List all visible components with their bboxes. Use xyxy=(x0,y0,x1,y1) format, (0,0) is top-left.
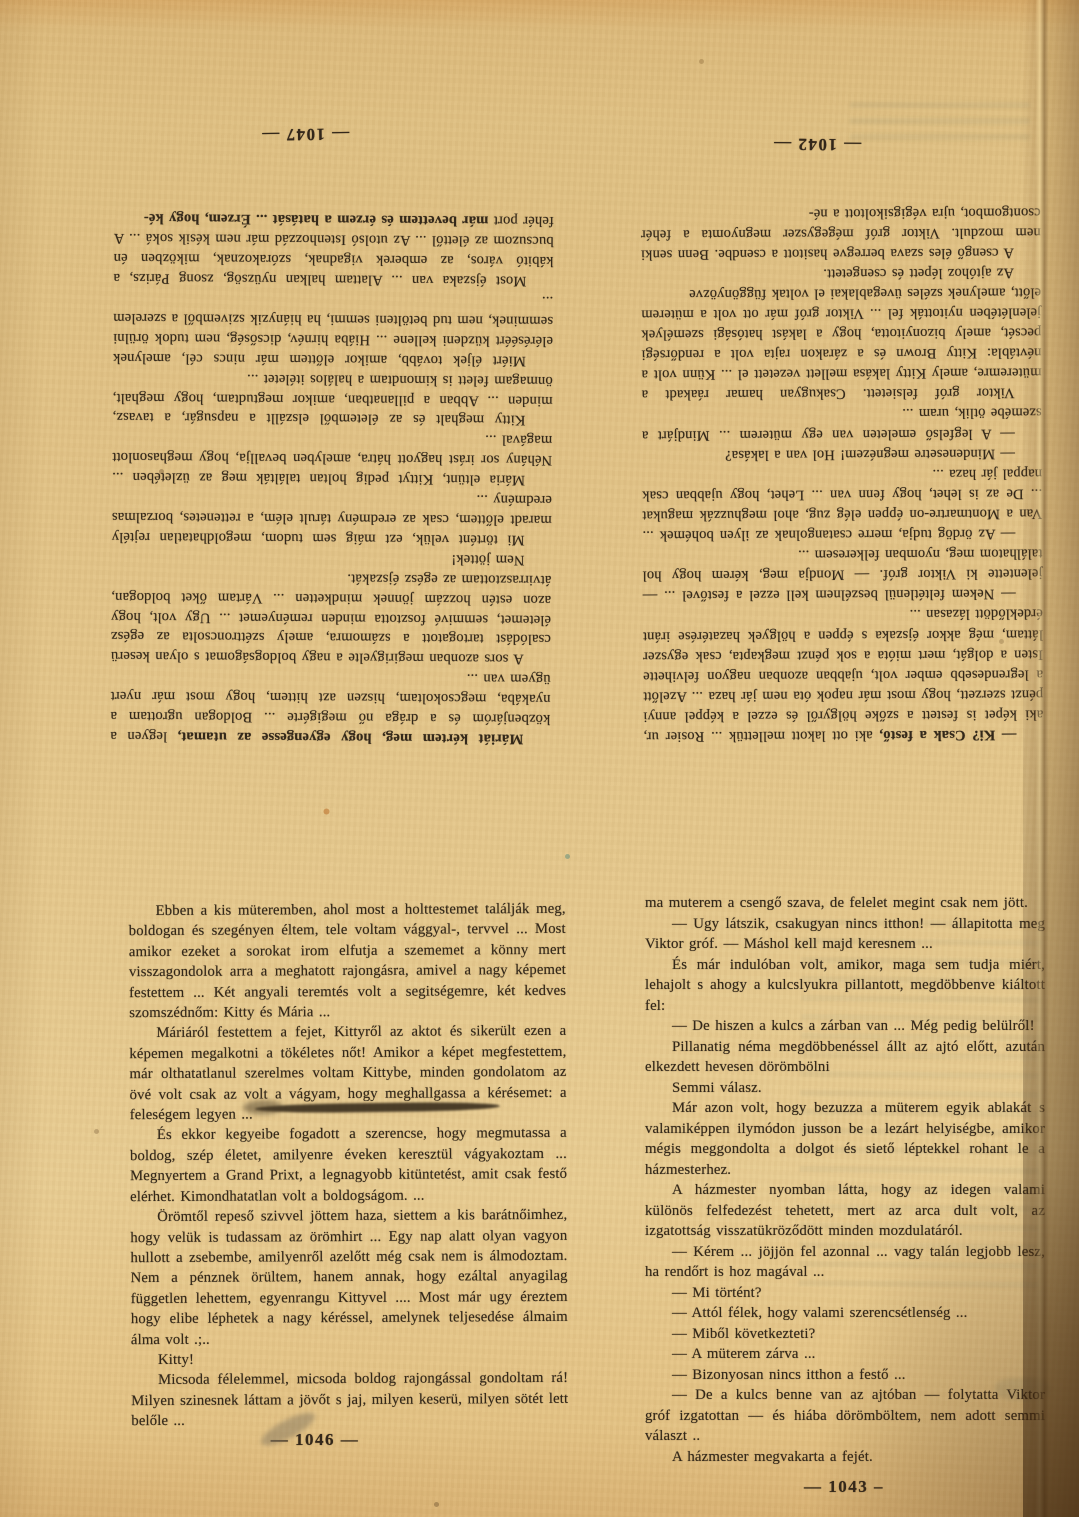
paragraph: Micsoda félelemmel, micsoda boldog rajon… xyxy=(131,1368,568,1432)
paragraph: — Mindenesetre megnézem! Hol van a lakás… xyxy=(642,444,1042,466)
paragraph: Nem jöttek! xyxy=(111,545,551,568)
page-1043-text-column: ma muterem a csengő szava, de felelet me… xyxy=(645,893,1045,1467)
body-text: aki ott lakott mellettük ... Rosier ur, … xyxy=(643,606,1043,745)
page-1046-text-column: Ebben a kis müteremben, ahol most a holt… xyxy=(129,899,569,1432)
bold-text: — Ki? Csak a festő, xyxy=(879,727,1016,744)
page-1047-text-column: Máriát kértem meg, hogy egyengesse az ut… xyxy=(110,207,554,748)
paragraph: — Kérem ... jöjjön fel azonnal ... vagy … xyxy=(645,1242,1045,1283)
paper-specks xyxy=(0,0,3,3)
paragraph: A sors azonban megirigyelte a nagy boldo… xyxy=(111,565,552,668)
paragraph: Mária eltünt, Kittyt pedig holtan talált… xyxy=(112,426,552,489)
paragraph: — De a kulcs benne van az ajtóban — foly… xyxy=(645,1385,1045,1447)
paragraph: — A legfelső emeleten van egy müterem ..… xyxy=(642,403,1042,445)
page-number-1043: — 1043 – xyxy=(779,1477,909,1497)
bleed-through-artifact xyxy=(850,95,1030,140)
paragraph: — Mi történt? xyxy=(645,1283,1045,1304)
paragraph: — A müterem zárva ... xyxy=(645,1344,1045,1365)
paragraph: — Ki? Csak a festő, aki ott lakott melle… xyxy=(643,604,1044,747)
paragraph: És már indulóban volt, amikor, maga sem … xyxy=(645,955,1045,1017)
paragraph: — Nekem feltétlenül beszélnem kell ezzel… xyxy=(642,544,1042,606)
paragraph: Viktor gróf felsietett. Csakugyan hamar … xyxy=(641,283,1042,406)
paragraph: Miért éljek tovább, amikor előttem már n… xyxy=(113,287,554,370)
paragraph: Az ajtóhoz lépett és csengetett. xyxy=(641,263,1041,285)
page-number-1042: — 1042 — xyxy=(752,133,882,154)
paragraph: ma muterem a csengő szava, de felelet me… xyxy=(645,893,1045,914)
scanned-magazine-page: — 1047 — Máriát kértem meg, hogy egyenge… xyxy=(0,0,1079,1517)
paragraph: A házmester nyomban látta, hogy az idege… xyxy=(645,1180,1045,1242)
bold-text: Máriát kértem meg, hogy egyengesse az ut… xyxy=(177,728,523,746)
paragraph: Pillanatig néma megdöbbenéssel állt az a… xyxy=(645,1037,1045,1078)
paragraph: Kitty meghalt és az életemből elszállt a… xyxy=(112,366,552,429)
paragraph: És ekkor kegyeibe fogadott a szerencse, … xyxy=(130,1123,567,1207)
paragraph: Most éjszaka van ... Alattam halkan nyüz… xyxy=(113,207,554,290)
paragraph: Kitty! xyxy=(131,1348,568,1371)
paragraph: Már azon volt, hogy bezuzza a müterem eg… xyxy=(645,1098,1045,1180)
paragraph: — Az ördög tudja, merre csatangolnak az … xyxy=(642,464,1042,546)
paragraph: Semmi válasz. xyxy=(645,1078,1045,1099)
bold-text: már bevettem és érzem a hatását ... Érze… xyxy=(144,210,489,228)
paragraph: Ebben a kis müteremben, ahol most a holt… xyxy=(129,899,567,1024)
paragraph: A csengő éles szava berregve hasitott a … xyxy=(641,202,1041,264)
paragraph: — Ugy látszik, csakugyan nincs itthon! —… xyxy=(645,914,1045,955)
page-number-1047: — 1047 — xyxy=(240,123,370,145)
paragraph: — Attól félek, hogy valami szerencsétlen… xyxy=(645,1303,1045,1324)
paragraph: A házmester megvakarta a fejét. xyxy=(645,1447,1045,1468)
paragraph: Máriát kértem meg, hogy egyengesse az ut… xyxy=(110,665,551,748)
paragraph: — De hiszen a kulcs a zárban van ... Még… xyxy=(645,1016,1045,1037)
paragraph: Mi történt velük, ezt máig sem tudom, me… xyxy=(112,486,552,549)
paragraph: — Bizonyosan nincs itthon a festő ... xyxy=(645,1365,1045,1386)
paragraph: Örömtől repeső szivvel jöttem haza, siet… xyxy=(130,1205,568,1350)
page-1042-text-column: — Ki? Csak a festő, aki ott lakott melle… xyxy=(641,202,1044,747)
paragraph: — Miből következteti? xyxy=(645,1324,1045,1345)
